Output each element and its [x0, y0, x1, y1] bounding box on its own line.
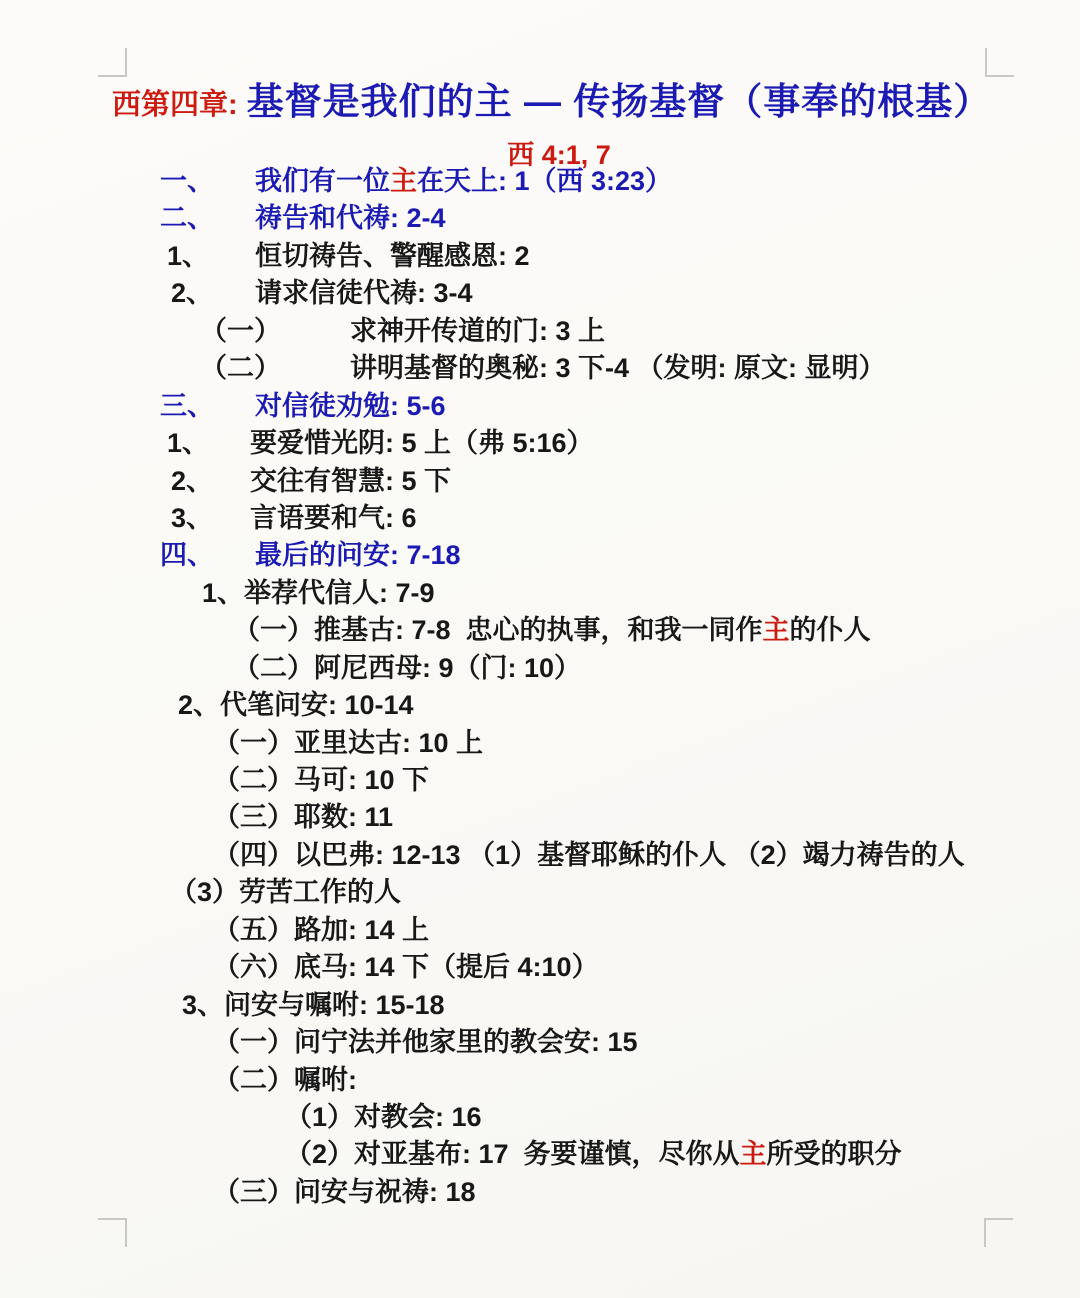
- outline-text: （3）劳苦工作的人: [170, 877, 401, 907]
- outline-marker: 三、: [160, 388, 255, 425]
- outline-marker: 一、: [160, 163, 255, 200]
- corner-mark-top-right: [985, 48, 1014, 77]
- outline-line: 2、代笔问安: 10-14: [0, 687, 1080, 724]
- outline-line: （一）问宁法并他家里的教会安: 15: [0, 1024, 1080, 1061]
- outline-line: 四、最后的问安: 7-18: [0, 537, 1080, 574]
- outline-text: （四）以巴弗: 12-13 （1）基督耶稣的仆人 （2）竭力祷告的人: [213, 840, 965, 870]
- outline-text: 在天上: 1（西 3:23）: [417, 166, 672, 196]
- outline-marker: （二）: [200, 350, 350, 387]
- outline-text: 3、问安与嘱咐: 15-18: [182, 990, 445, 1020]
- outline-marker: （一）: [200, 313, 350, 350]
- outline-marker: 3、: [171, 500, 250, 537]
- outline-text: 最后的问安: 7-18: [255, 540, 461, 570]
- outline-line: （三）问安与祝祷: 18: [0, 1174, 1080, 1211]
- outline-text: 主: [390, 166, 417, 196]
- outline-text: 主: [763, 615, 790, 645]
- outline-line: 2、请求信徒代祷: 3-4: [0, 275, 1080, 312]
- outline-text: （一）问宁法并他家里的教会安: 15: [213, 1027, 638, 1057]
- outline-line: （2）对亚基布: 17 务要谨慎，尽你从主所受的职分: [0, 1136, 1080, 1173]
- page-title: 西第四章:基督是我们的主 — 传扬基督（事奉的根基）: [112, 78, 991, 134]
- outline-text: 1、举荐代信人: 7-9: [202, 578, 435, 608]
- corner-mark-bottom-left: [98, 1218, 127, 1247]
- outline-text: （五）路加: 14 上: [213, 915, 429, 945]
- outline-line: 三、对信徒劝勉: 5-6: [0, 388, 1080, 425]
- outline-line: （二）嘱咐:: [0, 1062, 1080, 1099]
- outline-line: 1、举荐代信人: 7-9: [0, 575, 1080, 612]
- outline-text: （一）亚里达古: 10 上: [213, 728, 483, 758]
- outline-line: （六）底马: 14 下（提后 4:10）: [0, 949, 1080, 986]
- outline-line: （二）马可: 10 下: [0, 762, 1080, 799]
- outline-text: 求神开传道的门: 3 上: [350, 316, 605, 346]
- outline-marker: 二、: [160, 200, 255, 237]
- outline-text: （二）马可: 10 下: [213, 765, 429, 795]
- outline-text: （1）对教会: 16: [285, 1102, 482, 1132]
- outline-line: 1、要爱惜光阴: 5 上（弗 5:16）: [0, 425, 1080, 462]
- outline-line: （二）阿尼西母: 9（门: 10）: [0, 650, 1080, 687]
- outline-line: （五）路加: 14 上: [0, 912, 1080, 949]
- outline-line: （1）对教会: 16: [0, 1099, 1080, 1136]
- outline-line: （三）耶数: 11: [0, 799, 1080, 836]
- outline-line: （二）讲明基督的奥秘: 3 下-4 （发明: 原文: 显明）: [0, 350, 1080, 387]
- outline-text: 我们有一位: [255, 166, 390, 196]
- outline-text: 主: [740, 1139, 767, 1169]
- outline-text: （三）耶数: 11: [213, 802, 393, 832]
- outline-text: （二）嘱咐:: [213, 1065, 357, 1095]
- outline-marker: 2、: [171, 463, 250, 500]
- outline-line: （四）以巴弗: 12-13 （1）基督耶稣的仆人 （2）竭力祷告的人: [0, 837, 1080, 874]
- outline-text: 所受的职分: [767, 1139, 902, 1169]
- outline-text: 言语要和气: 6: [250, 503, 417, 533]
- outline-line: （一）求神开传道的门: 3 上: [0, 313, 1080, 350]
- outline-line: 二、祷告和代祷: 2-4: [0, 200, 1080, 237]
- outline-text: 交往有智慧: 5 下: [250, 466, 451, 496]
- outline-line: 1、恒切祷告、警醒感恩: 2: [0, 238, 1080, 275]
- title-main-text: 基督是我们的主 — 传扬基督（事奉的根基）: [247, 81, 992, 122]
- outline-line: 3、言语要和气: 6: [0, 500, 1080, 537]
- outline-text: （一）推基古: 7-8 忠心的执事，和我一同作: [233, 615, 763, 645]
- outline-text: 对信徒劝勉: 5-6: [255, 391, 446, 421]
- outline-marker: 四、: [160, 537, 255, 574]
- outline-line: （3）劳苦工作的人: [0, 874, 1080, 911]
- document-page: 西第四章:基督是我们的主 — 传扬基督（事奉的根基） 西 4:1, 7 一、我们…: [0, 0, 1080, 1298]
- outline-text: 2、代笔问安: 10-14: [178, 690, 414, 720]
- outline-text: （2）对亚基布: 17 务要谨慎，尽你从: [285, 1139, 740, 1169]
- outline-text: （六）底马: 14 下（提后 4:10）: [213, 952, 599, 982]
- outline-line: （一）亚里达古: 10 上: [0, 725, 1080, 762]
- chapter-label: 西第四章:: [112, 89, 238, 121]
- outline-text: （三）问安与祝祷: 18: [213, 1177, 476, 1207]
- outline-text: （二）阿尼西母: 9（门: 10）: [233, 653, 581, 683]
- outline-text: 要爱惜光阴: 5 上（弗 5:16）: [250, 428, 594, 458]
- outline-line: 3、问安与嘱咐: 15-18: [0, 987, 1080, 1024]
- outline-text: 祷告和代祷: 2-4: [255, 203, 446, 233]
- outline-text: 的仆人: [790, 615, 871, 645]
- outline-line: 一、我们有一位主在天上: 1（西 3:23）: [0, 163, 1080, 200]
- outline-marker: 2、: [171, 275, 255, 312]
- outline-marker: 1、: [167, 238, 255, 275]
- outline: 一、我们有一位主在天上: 1（西 3:23）二、祷告和代祷: 2-41、恒切祷告…: [0, 163, 1080, 1211]
- outline-text: 恒切祷告、警醒感恩: 2: [255, 241, 530, 271]
- outline-text: 请求信徒代祷: 3-4: [255, 278, 473, 308]
- corner-mark-bottom-right: [984, 1218, 1013, 1247]
- outline-text: 讲明基督的奥秘: 3 下-4 （发明: 原文: 显明）: [350, 353, 886, 383]
- outline-line: （一）推基古: 7-8 忠心的执事，和我一同作主的仆人: [0, 612, 1080, 649]
- corner-mark-top-left: [98, 48, 127, 77]
- outline-line: 2、交往有智慧: 5 下: [0, 463, 1080, 500]
- outline-marker: 1、: [167, 425, 250, 462]
